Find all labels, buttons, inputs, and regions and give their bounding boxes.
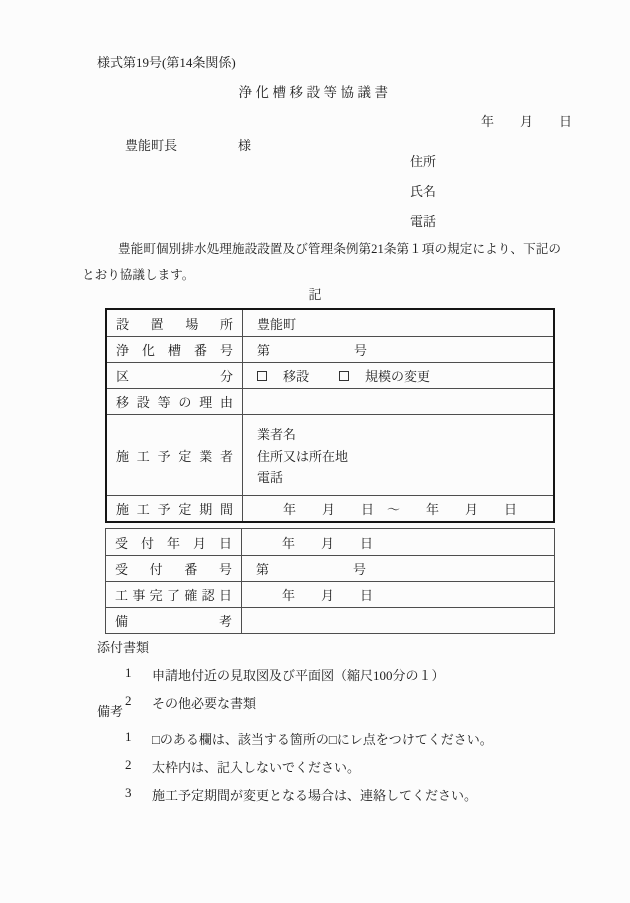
document-title: 浄化槽移設等協議書 — [0, 81, 630, 101]
remark-item: 2 太枠内は、記入しないでください。 — [97, 757, 493, 776]
remarks-heading: 備考 — [97, 701, 493, 720]
applicant-address-label: 住所 — [410, 151, 436, 170]
notes-value — [242, 608, 554, 633]
item-text: 施工予定期間が変更となる場合は、連絡してください。 — [152, 785, 477, 804]
row-label: 区分 — [107, 363, 243, 388]
item-number: 3 — [125, 785, 152, 804]
applicant-block: 住所 氏名 電話 — [410, 151, 436, 241]
table-row-notes: 備考 — [106, 607, 554, 633]
remark-item: 1 □のある欄は、該当する箇所の□にレ点をつけてください。 — [97, 729, 493, 748]
office-table: 受付年月日 年 月 日 受付番号 第号 工事完了確認日 年 月 日 備考 — [105, 528, 555, 634]
checkbox-relocation-label: 移設 — [283, 366, 309, 385]
table-row-receipt-date: 受付年月日 年 月 日 — [106, 529, 554, 555]
table-row-contractor: 施工予定業者 業者名 住所又は所在地 電話 — [107, 414, 553, 495]
addressee-line: 豊能町長様 — [125, 135, 251, 154]
table-row-receipt-number: 受付番号 第号 — [106, 555, 554, 581]
row-label: 受付番号 — [106, 556, 242, 581]
row-label: 移設等の理由 — [107, 389, 243, 414]
number-suffix: 号 — [354, 340, 367, 359]
tank-number-value: 第号 — [243, 337, 553, 362]
remarks-section: 備考 1 □のある欄は、該当する箇所の□にレ点をつけてください。 2 太枠内は、… — [97, 701, 493, 804]
applicant-phone-label: 電話 — [410, 211, 436, 230]
table-row-location: 設置場所 豊能町 — [107, 310, 553, 336]
row-label: 施工予定業者 — [107, 415, 243, 495]
contractor-address-label: 住所又は所在地 — [257, 446, 348, 465]
location-value: 豊能町 — [243, 310, 553, 336]
schedule-value: 年 月 日 ～ 年 月 日 — [243, 496, 553, 521]
table-row-schedule: 施工予定期間 年 月 日 ～ 年 月 日 — [107, 495, 553, 521]
item-number: 1 — [125, 665, 152, 684]
checkbox-scale-change-label: 規模の変更 — [365, 366, 430, 385]
row-label: 備考 — [106, 608, 242, 633]
addressee-honorific: 様 — [238, 138, 251, 153]
receipt-date-value: 年 月 日 — [242, 529, 554, 555]
main-table: 設置場所 豊能町 浄化槽番号 第号 区分 移設 規模の変更 移設等の理由 施工予… — [105, 308, 555, 523]
date-line: 年 月 日 — [0, 111, 572, 130]
contractor-name-label: 業者名 — [257, 424, 296, 443]
document-page: { "doc": { "form_number": "様式第19号(第14条関係… — [0, 0, 630, 903]
table-row-tank-number: 浄化槽番号 第号 — [107, 336, 553, 362]
table-row-completion-date: 工事完了確認日 年 月 日 — [106, 581, 554, 607]
reason-value — [243, 389, 553, 414]
item-number: 1 — [125, 729, 152, 748]
number-suffix: 号 — [353, 559, 366, 578]
attachment-item: 1 申請地付近の見取図及び平面図（縮尺100分の１） — [97, 665, 445, 684]
table-row-category: 区分 移設 規模の変更 — [107, 362, 553, 388]
number-prefix: 第 — [257, 340, 270, 359]
row-label: 工事完了確認日 — [106, 582, 242, 607]
item-text: 申請地付近の見取図及び平面図（縮尺100分の１） — [152, 665, 445, 684]
remark-item: 3 施工予定期間が変更となる場合は、連絡してください。 — [97, 785, 493, 804]
item-text: □のある欄は、該当する箇所の□にレ点をつけてください。 — [152, 729, 493, 748]
form-number: 様式第19号(第14条関係) — [97, 52, 236, 71]
row-label: 施工予定期間 — [107, 496, 243, 521]
contractor-fields: 業者名 住所又は所在地 電話 — [243, 415, 553, 495]
item-number: 2 — [125, 757, 152, 776]
row-label: 浄化槽番号 — [107, 337, 243, 362]
contractor-phone-label: 電話 — [257, 467, 283, 486]
item-text: 太枠内は、記入しないでください。 — [152, 757, 360, 776]
body-paragraph: 豊能町個別排水処理施設設置及び管理条例第21条第１項の規定により、下記のとおり協… — [82, 236, 561, 288]
addressee-name: 豊能町長 — [125, 138, 177, 153]
applicant-name-label: 氏名 — [410, 181, 436, 200]
row-label: 設置場所 — [107, 310, 243, 336]
attachments-heading: 添付書類 — [97, 637, 445, 656]
row-label: 受付年月日 — [106, 529, 242, 555]
number-prefix: 第 — [256, 559, 269, 578]
checkbox-scale-change — [339, 371, 349, 381]
completion-date-value: 年 月 日 — [242, 582, 554, 607]
category-options: 移設 規模の変更 — [243, 363, 553, 388]
receipt-number-value: 第号 — [242, 556, 554, 581]
record-marker: 記 — [0, 284, 630, 303]
checkbox-relocation — [257, 371, 267, 381]
table-row-reason: 移設等の理由 — [107, 388, 553, 414]
